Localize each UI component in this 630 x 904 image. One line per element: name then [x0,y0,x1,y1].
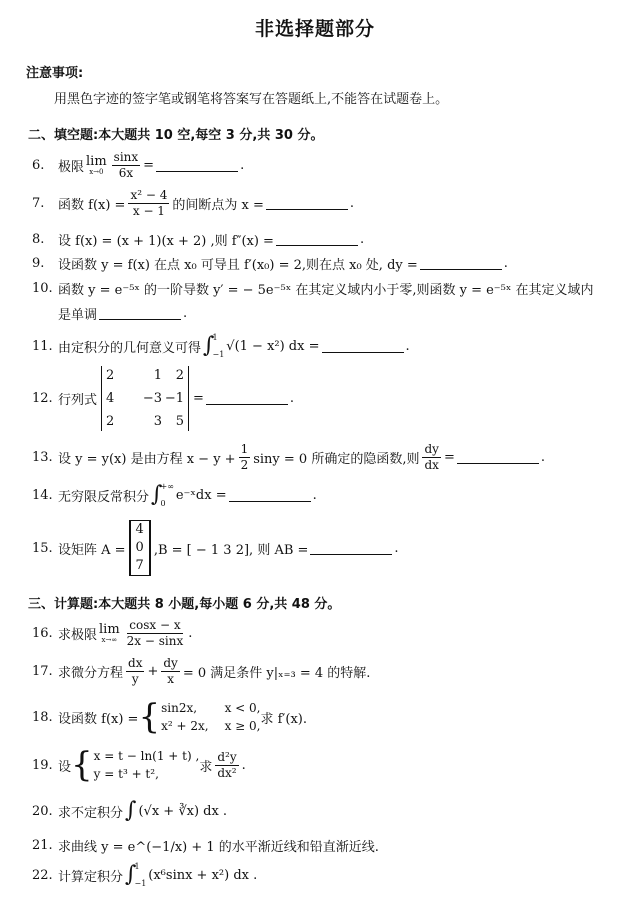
vector-cell: 7 [136,557,144,575]
question-21: 21. 求曲线 y = e^(−1/x) + 1 的水平渐近线和铅直渐近线. [32,836,379,855]
question-text-post: 的间断点为 x = [172,194,264,213]
question-text: 函数 f(x) = [58,194,125,213]
lower-limit: 0 [160,499,173,508]
question-number: 11. [32,339,54,354]
denominator: x − 1 [131,204,167,219]
notice-body: 用黑色字迹的签字笔或钢笔将答案写在答题纸上,不能答在试题卷上。 [54,88,448,107]
question-text: 极限 [58,156,84,175]
answer-blank[interactable] [276,233,358,246]
period: . [183,306,187,321]
question-text: 设矩阵 A = [58,539,126,558]
question-10: 10. 函数 y = e⁻⁵ˣ 的一阶导数 y′ = − 5e⁻⁵ˣ 在其定义域… [32,279,594,298]
question-text: 设函数 y = f(x) 在点 x₀ 可导且 f′(x₀) = 2,则在点 x₀… [58,254,418,273]
integral: ∫1−1 [203,333,224,359]
question-text: 设 [58,756,71,775]
answer-blank[interactable] [229,489,311,502]
case-expr: y = t³ + t², [94,767,200,781]
period: . [541,450,545,465]
numerator: cosx − x [127,618,182,634]
answer-blank[interactable] [457,451,539,464]
left-brace-icon: { [71,748,93,782]
question-text: 无穷限反常积分 [58,486,149,505]
question-number: 13. [32,450,54,465]
question-text: 是单调 [58,304,97,323]
question-number: 19. [32,758,54,773]
question-17: 17. 求微分方程 dxy + dyx = 0 满足条件 y|ₓ₌₃ = 4 的… [32,656,370,687]
fraction: dyx [161,656,179,687]
question-10-line2: 是单调 . [58,304,187,323]
question-22: 22. 计算定积分 ∫1−1 (x⁶sinx + x²) dx . [32,862,257,888]
question-text: 由定积分的几何意义可得 [58,337,201,356]
question-number: 9. [32,256,54,271]
question-text: 求不定积分 [58,802,123,821]
question-7: 7. 函数 f(x) = x² − 4x − 1 的间断点为 x = . [32,188,354,219]
page-title: 非选择题部分 [0,14,630,41]
integral: ∫1−1 [125,862,146,888]
vector-cell: 4 [136,521,144,539]
question-number: 8. [32,232,54,247]
period: . [290,391,294,406]
piecewise: { sin2x, x < 0, x² + 2x, x ≥ 0, [138,700,260,734]
left-brace-icon: { [138,700,160,734]
limit-subscript: x→∞ [102,636,118,644]
numerator: sinx [112,150,141,166]
question-number: 21. [32,838,54,853]
vector-cell: 0 [136,539,144,557]
question-text-post: = 0 满足条件 y|ₓ₌₃ = 4 的特解. [183,662,371,681]
numerator: x² − 4 [128,188,169,204]
question-text-post: 求 f′(x). [260,708,307,727]
question-number: 15. [32,541,54,556]
question-text-mid: siny = 0 所确定的隐函数,则 [253,448,419,467]
case-cond: x < 0, [225,701,261,715]
integrand: √(1 − x²) dx = [226,339,319,354]
period: . [504,256,508,271]
fraction: 12 [239,442,251,473]
matrix-cell: 5 [162,414,184,429]
matrix-cell: 4 [106,391,132,406]
equals: = [193,391,204,406]
limit-expression: limx→∞ [99,624,120,644]
answer-blank[interactable] [420,257,502,270]
question-18: 18. 设函数 f(x) = { sin2x, x < 0, x² + 2x, … [32,700,307,734]
denominator: 2 [239,458,251,473]
answer-blank[interactable] [99,307,181,320]
upper-limit: +∞ [160,482,173,491]
integrand: e⁻ˣdx = [176,488,227,503]
fraction-dy-dx: dydx [422,442,440,473]
column-vector: 4 0 7 [129,520,151,576]
matrix-cell: −1 [162,391,184,406]
section-heading-fill-in: 二、填空题:本大题共 10 空,每空 3 分,共 30 分。 [28,124,323,143]
matrix-cell: 2 [162,368,184,383]
question-text: 行列式 [58,389,97,408]
case-expr: x = t − ln(1 + t) , [94,749,200,763]
question-number: 10. [32,281,54,296]
period: . [350,196,354,211]
denominator: y [130,672,141,687]
upper-limit: 1 [212,333,224,342]
question-number: 12. [32,391,54,406]
case-expr: x² + 2x, [161,719,208,733]
equals: = [444,450,455,465]
question-text: 设 y = y(x) 是由方程 x − y + [58,448,236,467]
denominator: dx [422,458,440,473]
question-text: 求曲线 y = e^(−1/x) + 1 的水平渐近线和铅直渐近线. [58,836,379,855]
answer-blank[interactable] [206,392,288,405]
answer-blank[interactable] [310,542,392,555]
question-9: 9. 设函数 y = f(x) 在点 x₀ 可导且 f′(x₀) = 2,则在点… [32,254,508,273]
denominator: 2x − sinx [125,634,186,649]
section-heading-calculation: 三、计算题:本大题共 8 小题,每小题 6 分,共 48 分。 [28,593,340,612]
period: . [188,626,192,641]
denominator: x [165,672,176,687]
numerator: dy [161,656,179,672]
fraction: sinx6x [112,150,141,181]
fraction: x² − 4x − 1 [128,188,169,219]
question-6: 6. 极限 limx→0 sinx6x = . [32,150,244,181]
period: . [406,339,410,354]
period: . [242,758,246,773]
upper-limit: 1 [134,862,146,871]
period: . [394,541,398,556]
question-12: 12. 行列式 2 1 2 4 −3 −1 2 3 5 = . [32,366,294,431]
numerator: 1 [239,442,251,458]
notice-heading: 注意事项: [26,62,83,81]
denominator: dx² [215,766,238,781]
question-text: 计算定积分 [58,866,123,885]
question-15: 15. 设矩阵 A = 4 0 7 ,B = [ − 1 3 2], 则 AB … [32,520,399,576]
question-number: 16. [32,626,54,641]
integral: ∫+∞0 [151,482,174,508]
question-text-mid: 求 [199,756,212,775]
question-number: 20. [32,804,54,819]
case-cond: x ≥ 0, [225,719,261,733]
question-text: 求微分方程 [58,662,123,681]
lower-limit: −1 [134,879,146,888]
matrix-cell: 1 [132,368,162,383]
question-number: 18. [32,710,54,725]
numerator: dx [126,656,144,672]
question-text: 设函数 f(x) = [58,708,138,727]
period: . [240,158,244,173]
question-19: 19. 设 { x = t − ln(1 + t) , y = t³ + t²,… [32,748,246,782]
integral: ∫ [125,800,136,822]
question-text-mid: ,B = [ − 1 3 2], 则 AB = [154,539,309,558]
determinant-matrix: 2 1 2 4 −3 −1 2 3 5 [101,366,189,431]
answer-blank[interactable] [322,340,404,353]
fraction: dxy [126,656,144,687]
parametric-system: { x = t − ln(1 + t) , y = t³ + t², [71,748,199,782]
question-text: 求极限 [58,624,97,643]
question-8: 8. 设 f(x) = (x + 1)(x + 2) ,则 f″(x) = . [32,230,364,249]
question-number: 17. [32,664,54,679]
numerator: d²y [215,750,238,766]
question-number: 14. [32,488,54,503]
fraction: d²ydx² [215,750,238,781]
question-14: 14. 无穷限反常积分 ∫+∞0 e⁻ˣdx = . [32,482,317,508]
question-20: 20. 求不定积分 ∫ (√x + ∛x) dx . [32,800,227,822]
question-16: 16. 求极限 limx→∞ cosx − x2x − sinx . [32,618,192,649]
answer-blank[interactable] [266,197,348,210]
period: . [313,488,317,503]
limit-expression: limx→0 [86,156,107,176]
matrix-cell: 2 [106,368,132,383]
period: . [360,232,364,247]
matrix-cell: 2 [106,414,132,429]
integrand: (√x + ∛x) dx . [138,804,227,819]
question-number: 6. [32,158,54,173]
answer-blank[interactable] [156,159,238,172]
question-number: 22. [32,868,54,883]
matrix-cell: 3 [132,414,162,429]
integral-sign-icon: ∫ [125,800,136,822]
numerator: dy [422,442,440,458]
question-13: 13. 设 y = y(x) 是由方程 x − y + 12 siny = 0 … [32,442,545,473]
fraction: cosx − x2x − sinx [125,618,186,649]
lower-limit: −1 [212,350,224,359]
plus: + [147,664,158,679]
equals: = [143,158,154,173]
case-expr: sin2x, [161,701,208,715]
question-number: 7. [32,196,54,211]
question-text: 设 f(x) = (x + 1)(x + 2) ,则 f″(x) = [58,230,274,249]
denominator: 6x [117,166,135,181]
limit-subscript: x→0 [89,168,103,176]
question-11: 11. 由定积分的几何意义可得 ∫1−1 √(1 − x²) dx = . [32,333,410,359]
matrix-cell: −3 [132,391,162,406]
question-text: 函数 y = e⁻⁵ˣ 的一阶导数 y′ = − 5e⁻⁵ˣ 在其定义域内小于零… [58,279,594,298]
integrand: (x⁶sinx + x²) dx . [148,868,257,883]
